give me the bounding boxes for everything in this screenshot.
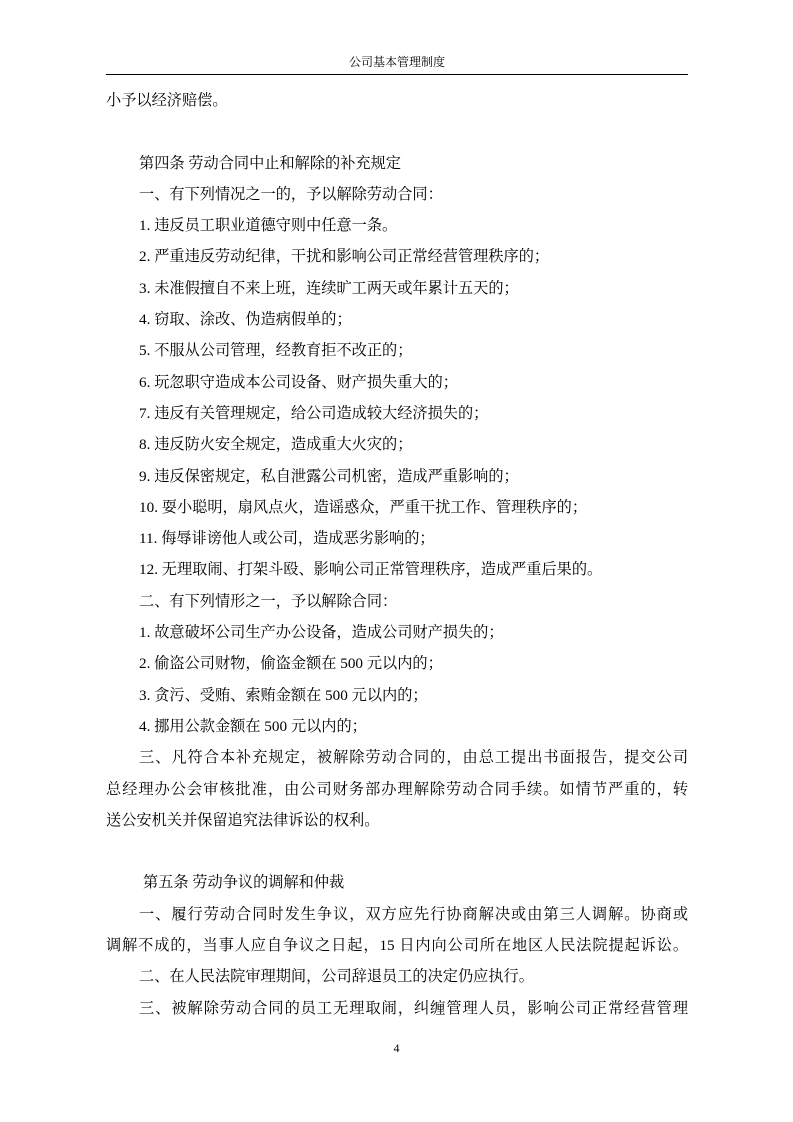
blank-line [106,116,688,147]
article-5-section-2: 二、在人民法院审理期间，公司辞退员工的决定仍应执行。 [106,961,688,992]
article-5-section-1-line-1: 一、履行劳动合同时发生争议，双方应先行协商解决或由第三人调解。协商或 [106,899,688,930]
list-item: 12. 无理取闹、打架斗殴、影响公司正常管理秩序，造成严重后果的。 [106,554,688,585]
article-4-section-2-intro: 二、有下列情形之一，予以解除合同： [106,586,688,617]
list-item: 4. 窃取、涂改、伪造病假单的； [106,304,688,335]
list-item: 2. 严重违反劳动纪律，干扰和影响公司正常经营管理秩序的； [106,241,688,272]
list-item: 5. 不服从公司管理，经教育拒不改正的； [106,335,688,366]
header-title: 公司基本管理制度 [349,55,445,69]
list-item: 3. 未准假擅自不来上班，连续旷工两天或年累计五天的； [106,273,688,304]
list-item: 6. 玩忽职守造成本公司设备、财产损失重大的； [106,367,688,398]
article-4-section-1-intro: 一、有下列情况之一的，予以解除劳动合同： [106,179,688,210]
list-item: 3. 贪污、受贿、索贿金额在 500 元以内的； [106,680,688,711]
article-4-heading: 第四条 劳动合同中止和解除的补充规定 [106,148,688,179]
article-4-section-3-line-3: 送公安机关并保留追究法律诉讼的权利。 [106,805,688,836]
page-number: 4 [0,1040,793,1056]
document-body: 小予以经济赔偿。 第四条 劳动合同中止和解除的补充规定 一、有下列情况之一的，予… [106,85,688,1024]
continuation-line: 小予以经济赔偿。 [106,85,688,116]
article-4-section-3-line-1: 三、凡符合本补充规定，被解除劳动合同的，由总工提出书面报告，提交公司 [106,742,688,773]
list-item: 11. 侮辱诽谤他人或公司，造成恶劣影响的； [106,523,688,554]
list-item: 7. 违反有关管理规定，给公司造成较大经济损失的； [106,398,688,429]
list-item: 1. 违反员工职业道德守则中任意一条。 [106,210,688,241]
list-item: 9. 违反保密规定，私自泄露公司机密，造成严重影响的； [106,461,688,492]
list-item: 1. 故意破坏公司生产办公设备，造成公司财产损失的； [106,617,688,648]
list-item: 4. 挪用公款金额在 500 元以内的； [106,711,688,742]
article-5-heading: 第五条 劳动争议的调解和仲裁 [106,867,688,898]
article-5-section-1-line-2: 调解不成的，当事人应自争议之日起，15 日内向公司所在地区人民法院提起诉讼。 [106,930,688,961]
page-header: 公司基本管理制度 [106,54,688,75]
blank-line [106,836,688,867]
list-item: 2. 偷盗公司财物，偷盗金额在 500 元以内的； [106,648,688,679]
list-item: 10. 耍小聪明，扇风点火，造谣惑众，严重干扰工作、管理秩序的； [106,492,688,523]
article-4-section-3-line-2: 总经理办公会审核批准，由公司财务部办理解除劳动合同手续。如情节严重的，转 [106,774,688,805]
article-5-section-3: 三、被解除劳动合同的员工无理取闹，纠缠管理人员，影响公司正常经营管理 [106,993,688,1024]
list-item: 8. 违反防火安全规定，造成重大火灾的； [106,429,688,460]
